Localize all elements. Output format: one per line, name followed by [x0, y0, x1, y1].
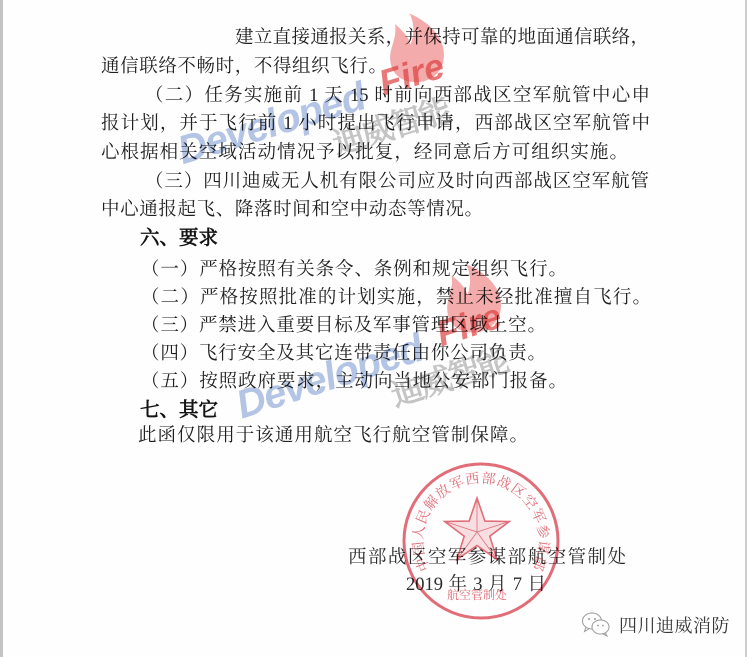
wechat-account-name: 四川迪威消防 — [619, 614, 730, 640]
body-line: （三）四川迪威无人机有限公司应及时向西部战区空军航管 — [145, 168, 649, 196]
wechat-icon — [581, 611, 611, 637]
body-line: 中心通报起飞、降落时间和空中动态等情况。 — [101, 196, 483, 224]
body-line: （二）任务实施前 1 天 15 时前向西部战区空军航管中心申 — [145, 82, 650, 110]
document-page: 建立直接通报关系，并保持可靠的地面通信联络， 通信联络不畅时，不得组织飞行。 （… — [0, 0, 747, 657]
requirement-item: （三）严禁进入重要目标及军事管理区域上空。 — [141, 312, 546, 340]
body-line: 建立直接通报关系，并保持可靠的地面通信联络， — [235, 24, 649, 52]
body-line: 心根据相关空域活动情况予以批复，经同意后方可组织实施。 — [101, 139, 628, 167]
section-heading-requirements: 六、要求 — [140, 224, 218, 252]
requirement-item: （五）按照政府要求，主动向当地公安部门报备。 — [141, 368, 567, 396]
other-text: 此函仅限用于该通用航空飞行航空管制保障。 — [138, 422, 528, 450]
body-line: 通信联络不畅时，不得组织飞行。 — [101, 53, 387, 81]
seal-bottom-text: 航空管制处 — [447, 587, 507, 602]
requirement-item: （四）飞行安全及其它连带责任由你公司负责。 — [141, 340, 546, 368]
body-line: 报计划，并于飞行前 1 小时提出飞行申请，西部战区空军航管中 — [101, 110, 650, 138]
section-heading-other: 七、其它 — [140, 396, 218, 424]
official-seal: 中国人民解放军西部战区空军参谋部 航空管制处 — [400, 460, 562, 622]
star-icon — [445, 498, 510, 560]
requirement-item: （一）严格按照有关条令、条例和规定组织飞行。 — [141, 256, 567, 284]
requirement-item: （二）严格按照批准的计划实施，禁止未经批准擅自飞行。 — [141, 284, 651, 312]
